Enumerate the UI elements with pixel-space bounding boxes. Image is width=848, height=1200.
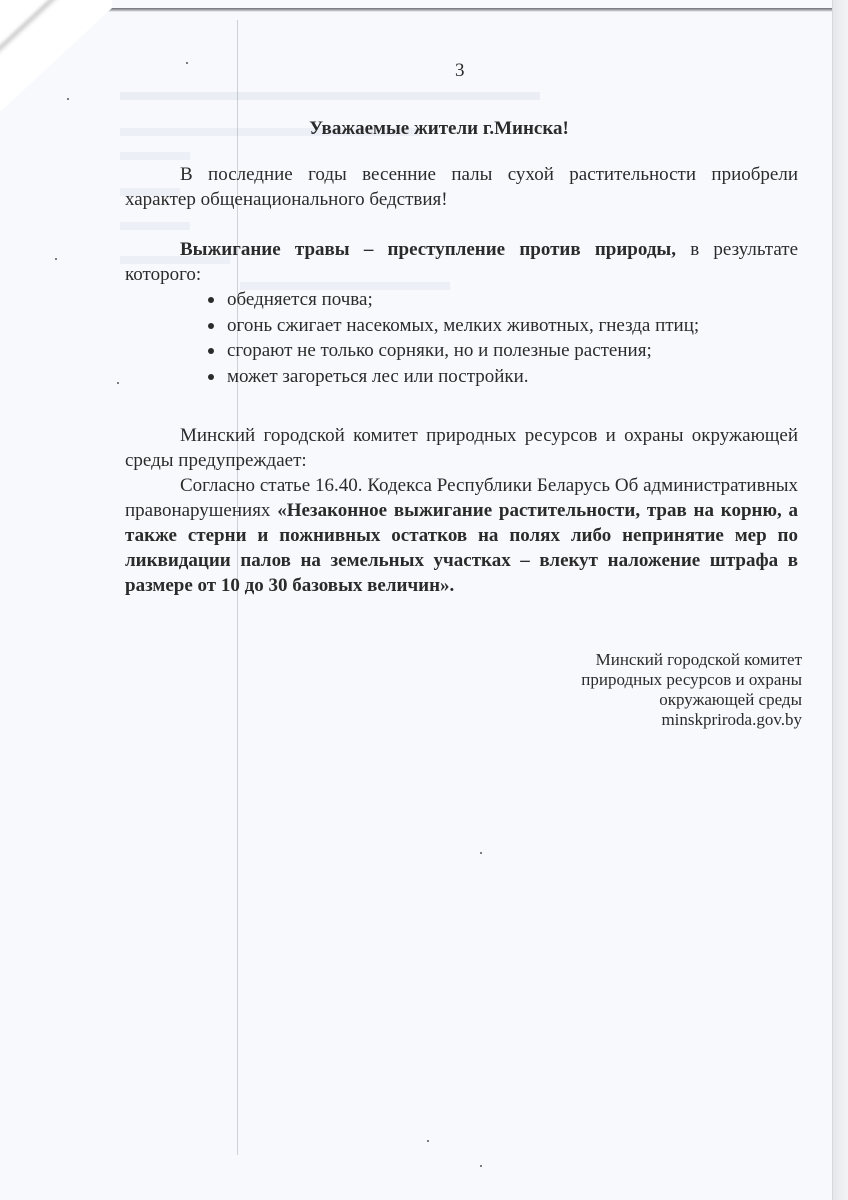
- scan-speck: [117, 382, 119, 384]
- signature-line: Минский городской комитет: [581, 650, 802, 670]
- scan-speck: [55, 258, 57, 260]
- intro-text: В последние годы весенние палы сухой рас…: [125, 162, 798, 212]
- crime-text: Выжигание травы – преступление против пр…: [125, 237, 798, 287]
- law-text: Согласно статье 16.40. Кодекса Республик…: [125, 473, 798, 598]
- list-item: сгорают не только сорняки, но и полезные…: [205, 338, 798, 364]
- scan-speck: [67, 98, 69, 100]
- scan-speck: [427, 1140, 429, 1142]
- crime-paragraph: Выжигание травы – преступление против пр…: [125, 237, 798, 389]
- warning-text: Минский городской комитет природных ресу…: [125, 423, 798, 473]
- list-item: может загореться лес или постройки.: [205, 364, 798, 390]
- crime-statement-bold: Выжигание травы – преступление против пр…: [180, 239, 676, 260]
- consequences-list: обедняется почва; огонь сжигает насекомы…: [125, 287, 798, 389]
- list-item: обедняется почва;: [205, 287, 798, 313]
- signature-line: природных ресурсов и охраны: [581, 670, 802, 690]
- page-number: 3: [455, 60, 465, 82]
- signature-line: окружающей среды: [581, 690, 802, 710]
- scan-speck: [186, 62, 188, 64]
- page-title: Уважаемые жители г.Минска!: [0, 118, 848, 140]
- bleed-through-artifact: [120, 92, 540, 100]
- scan-speck: [480, 852, 482, 854]
- scan-top-edge: [108, 8, 832, 12]
- signature-website: minskpriroda.gov.by: [581, 710, 802, 730]
- warning-paragraph: Минский городской комитет природных ресу…: [125, 423, 798, 598]
- scan-speck: [480, 1165, 482, 1167]
- intro-paragraph: В последние годы весенние палы сухой рас…: [125, 162, 798, 212]
- bleed-through-artifact: [120, 152, 190, 160]
- signature-block: Минский городской комитет природных ресу…: [581, 650, 802, 730]
- list-item: огонь сжигает насекомых, мелких животных…: [205, 313, 798, 339]
- bleed-through-artifact: [120, 222, 190, 230]
- scan-edge-strip: [832, 0, 848, 1200]
